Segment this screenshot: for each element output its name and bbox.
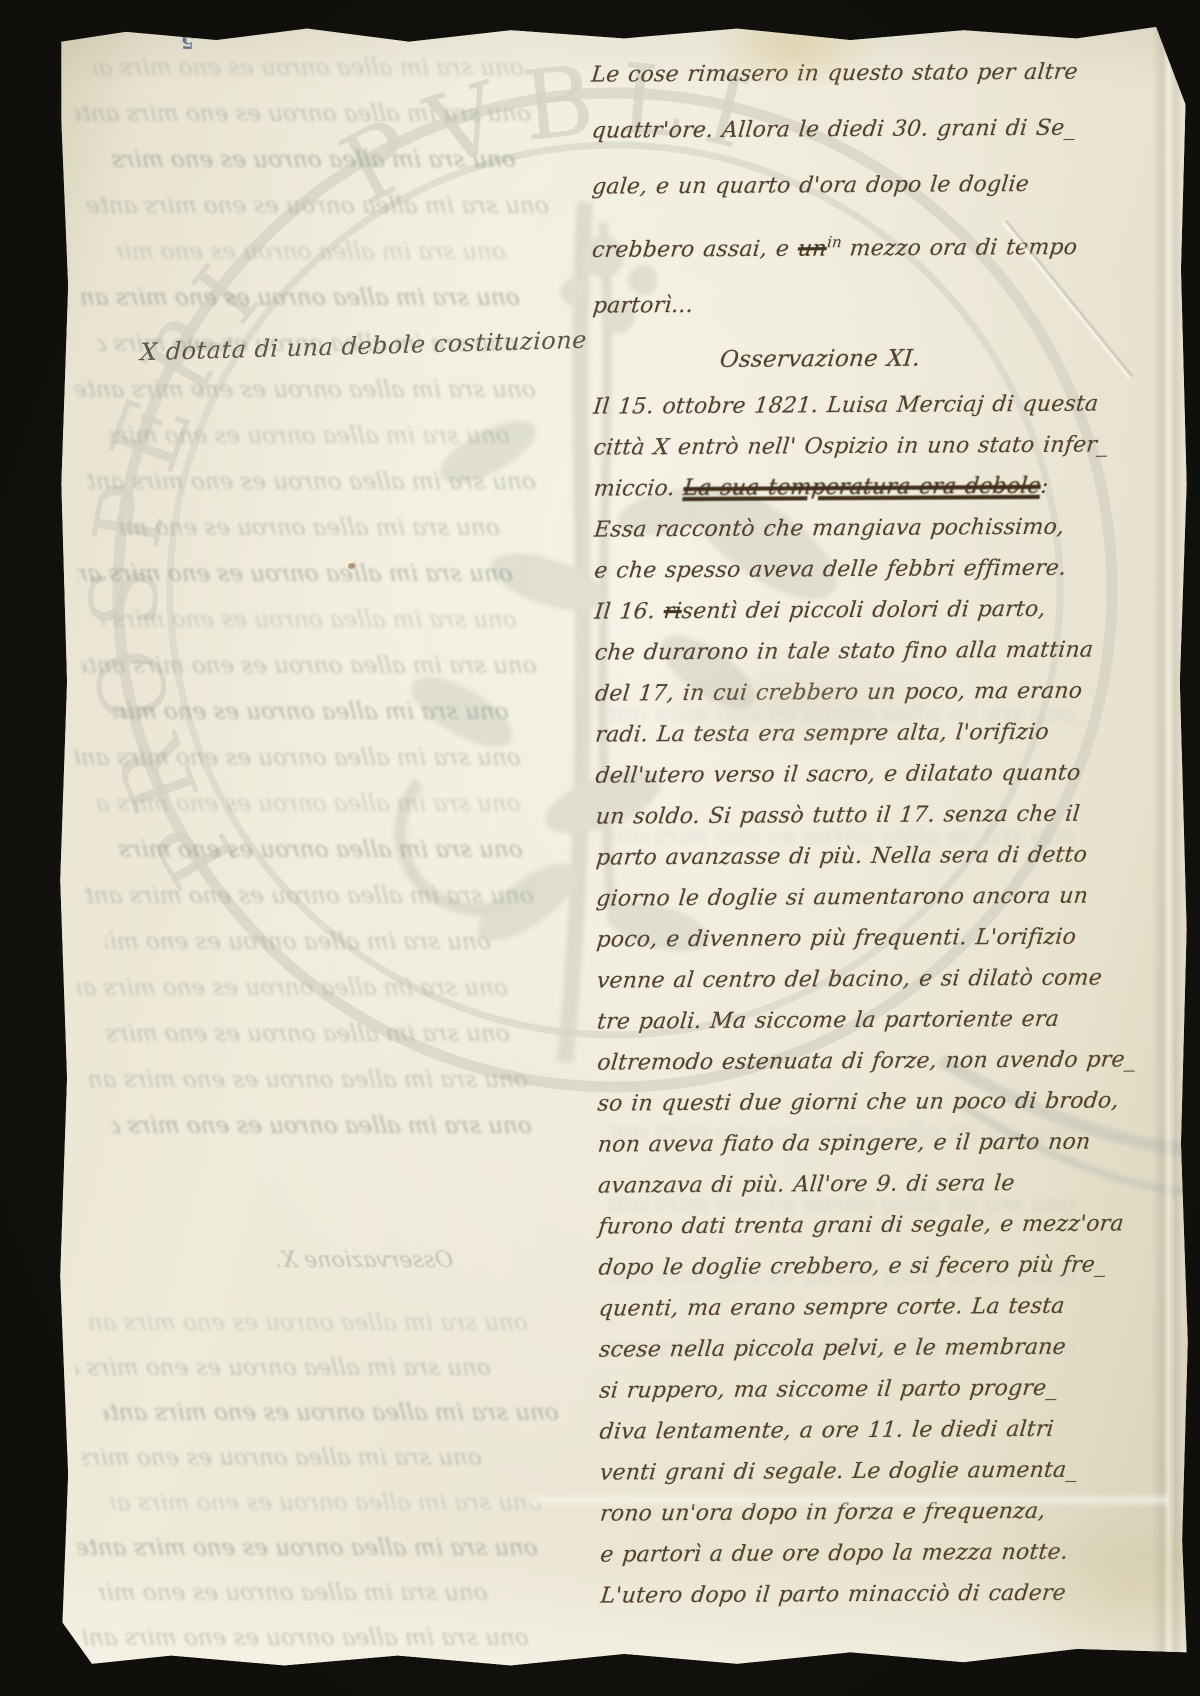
manuscript-line: quenti, ma erano sempre corte. La testa xyxy=(597,1286,1125,1330)
bleedthrough-line: onu sra im allea onrou es eno mirs ante … xyxy=(74,377,538,411)
bleedthrough-line: onu sra im allea onrou es eno mirs ante … xyxy=(86,1067,530,1101)
bleedthrough-line: onu sra im allea onrou es eno mirs ante … xyxy=(112,699,511,733)
bleedthrough-line: onu sra im allea onrou es eno mirs ante … xyxy=(78,285,522,319)
bleedthrough-line: onu sra im allea onrou es eno mirs ante … xyxy=(80,653,539,687)
bleedthrough-line: onu sra im allea onrou es eno mirs ante … xyxy=(114,239,508,273)
bleedthrough-line: onu sra im allea onrou es eno mirs ante … xyxy=(94,791,523,825)
bleedthrough-line: onu sra im allea onrou es eno mirs ante … xyxy=(74,1355,493,1389)
manuscript-section-heading: Osservazione XI. xyxy=(591,332,1120,387)
bleedthrough-line: onu sra im allea onrou es eno mirs ante … xyxy=(100,607,519,641)
manuscript-line: venne al centro del bacino, e si dilatò … xyxy=(595,958,1123,1002)
manuscript-line: Essa raccontò che mangiava pochissimo, xyxy=(592,507,1120,551)
bleedthrough-line: onu sra im allea onrou es eno mirs ante … xyxy=(74,101,533,135)
manuscript-text-column: Le cose rimasero in questo stato per alt… xyxy=(591,44,1125,1616)
bleedthrough-line: onu sra im allea onrou es eno mirs ante … xyxy=(110,1490,544,1524)
bleedthrough-line: onu sra im allea onrou es eno mirs ante … xyxy=(76,561,515,595)
bleedthrough-line: onu sra im allea onrou es eno mirs ante … xyxy=(84,469,538,503)
bleedthrough-line: onu sra im allea onrou es eno mirs ante … xyxy=(104,929,493,963)
manuscript-line: scese nella piccola pelvi, e le membrane xyxy=(597,1327,1125,1371)
manuscript-line: un soldo. Si passò tutto il 17. senza ch… xyxy=(594,794,1122,838)
manuscript-line: avanzava di più. All'ore 9. di sera le xyxy=(596,1163,1124,1207)
manuscript-line: si ruppero, ma siccome il parto progre_ xyxy=(597,1368,1125,1412)
manuscript-line: città X entrò nell' Ospizio in uno stato… xyxy=(592,425,1120,469)
bleedthrough-line: onu sra im allea onrou es eno mirs ante … xyxy=(102,1400,561,1434)
horizontal-crease xyxy=(528,1492,1168,1508)
manuscript-line: poco, e divennero più frequenti. L'orifi… xyxy=(595,917,1123,961)
manuscript-line: Il 16. risentì dei piccoli dolori di par… xyxy=(593,589,1121,633)
manuscript-paper-sheet: PROSPERI PVBLI xyxy=(58,22,1190,1672)
bleedthrough-line: onu sra im allea onrou es eno mirs ante … xyxy=(98,1021,512,1055)
bleedthrough-line: onu sra im allea onrou es eno mirs ante … xyxy=(76,1535,540,1569)
manuscript-line: dell'utero verso il sacro, e dilatato qu… xyxy=(594,753,1122,797)
manuscript-line: partorì... xyxy=(590,276,1120,335)
bleedthrough-line: onu sra im allea onrou es eno mirs ante … xyxy=(82,1625,531,1659)
manuscript-line: diva lentamente, a ore 11. le diedi altr… xyxy=(598,1409,1126,1453)
manuscript-line: oltremodo estenuata di forze, non avendo… xyxy=(595,1040,1123,1084)
manuscript-line: miccio. La sua temperatura era debole: xyxy=(592,466,1120,510)
bleedthrough-line: onu sra im allea onrou es eno mirs ante … xyxy=(108,423,512,457)
bleedthrough-line: onu sra im allea onrou es eno mirs ante … xyxy=(96,1580,490,1614)
manuscript-line: so in questi due giorni che un poco di b… xyxy=(596,1081,1124,1125)
scanned-manuscript-page: { "page": { "number_stamp": "5", "margin… xyxy=(0,0,1200,1696)
bleedthrough-line: onu sra im allea onrou es eno mirs ante … xyxy=(110,1113,534,1147)
bleedthrough-line: onu sra im allea onrou es eno mirs ante … xyxy=(74,745,523,779)
stain xyxy=(648,642,948,762)
manuscript-line: giorno le doglie si aumentarono ancora u… xyxy=(594,876,1122,920)
manuscript-line: gale, e un quarto d'ora dopo le doglie xyxy=(589,156,1119,215)
manuscript-line: e che spesso aveva delle febbri effimere… xyxy=(592,548,1120,592)
manuscript-line: dopo le doglie crebbero, e si fecero più… xyxy=(597,1245,1125,1289)
ink-spot xyxy=(348,563,355,569)
manuscript-line: non aveva fiato da spingere, e il parto … xyxy=(596,1122,1124,1166)
bleedthrough-line: onu sra im allea onrou es eno mirs ante … xyxy=(116,837,525,871)
bleedthrough-line: onu sra im allea onrou es eno mirs ante … xyxy=(104,147,518,181)
bleedthrough-line: onu sra im allea onrou es eno mirs ante … xyxy=(82,193,551,227)
manuscript-line: Il 15. ottobre 1821. Luisa Merciaj di qu… xyxy=(591,384,1119,428)
bleedthrough-line: onu sra im allea onrou es eno mirs ante … xyxy=(86,1310,530,1344)
manuscript-line: venti grani di segale. Le doglie aumenta… xyxy=(598,1450,1126,1494)
manuscript-line: quattr'ore. Allora le diedi 30. grani di… xyxy=(589,100,1119,159)
bleedthrough-line: onu sra im allea onrou es eno mirs ante … xyxy=(82,883,536,917)
bleedthrough-line: onu sra im allea onrou es eno mirs ante … xyxy=(92,55,526,89)
bleedthrough-line: onu sra im allea onrou es eno mirs ante … xyxy=(118,515,502,549)
bleedthrough-heading: Osservazione X. xyxy=(252,1248,455,1273)
manuscript-line: furono dati trenta grani di segale, e me… xyxy=(596,1204,1124,1248)
bleedthrough-line: onu sra im allea onrou es eno mirs ante … xyxy=(80,1445,484,1479)
vertical-fold-crease xyxy=(1152,22,1182,1672)
manuscript-line: parto avanzasse di più. Nella sera di de… xyxy=(594,835,1122,879)
manuscript-line: tre paoli. Ma siccome la partoriente era xyxy=(595,999,1123,1043)
bleedthrough-line: onu sra im allea onrou es eno mirs ante … xyxy=(76,975,510,1009)
